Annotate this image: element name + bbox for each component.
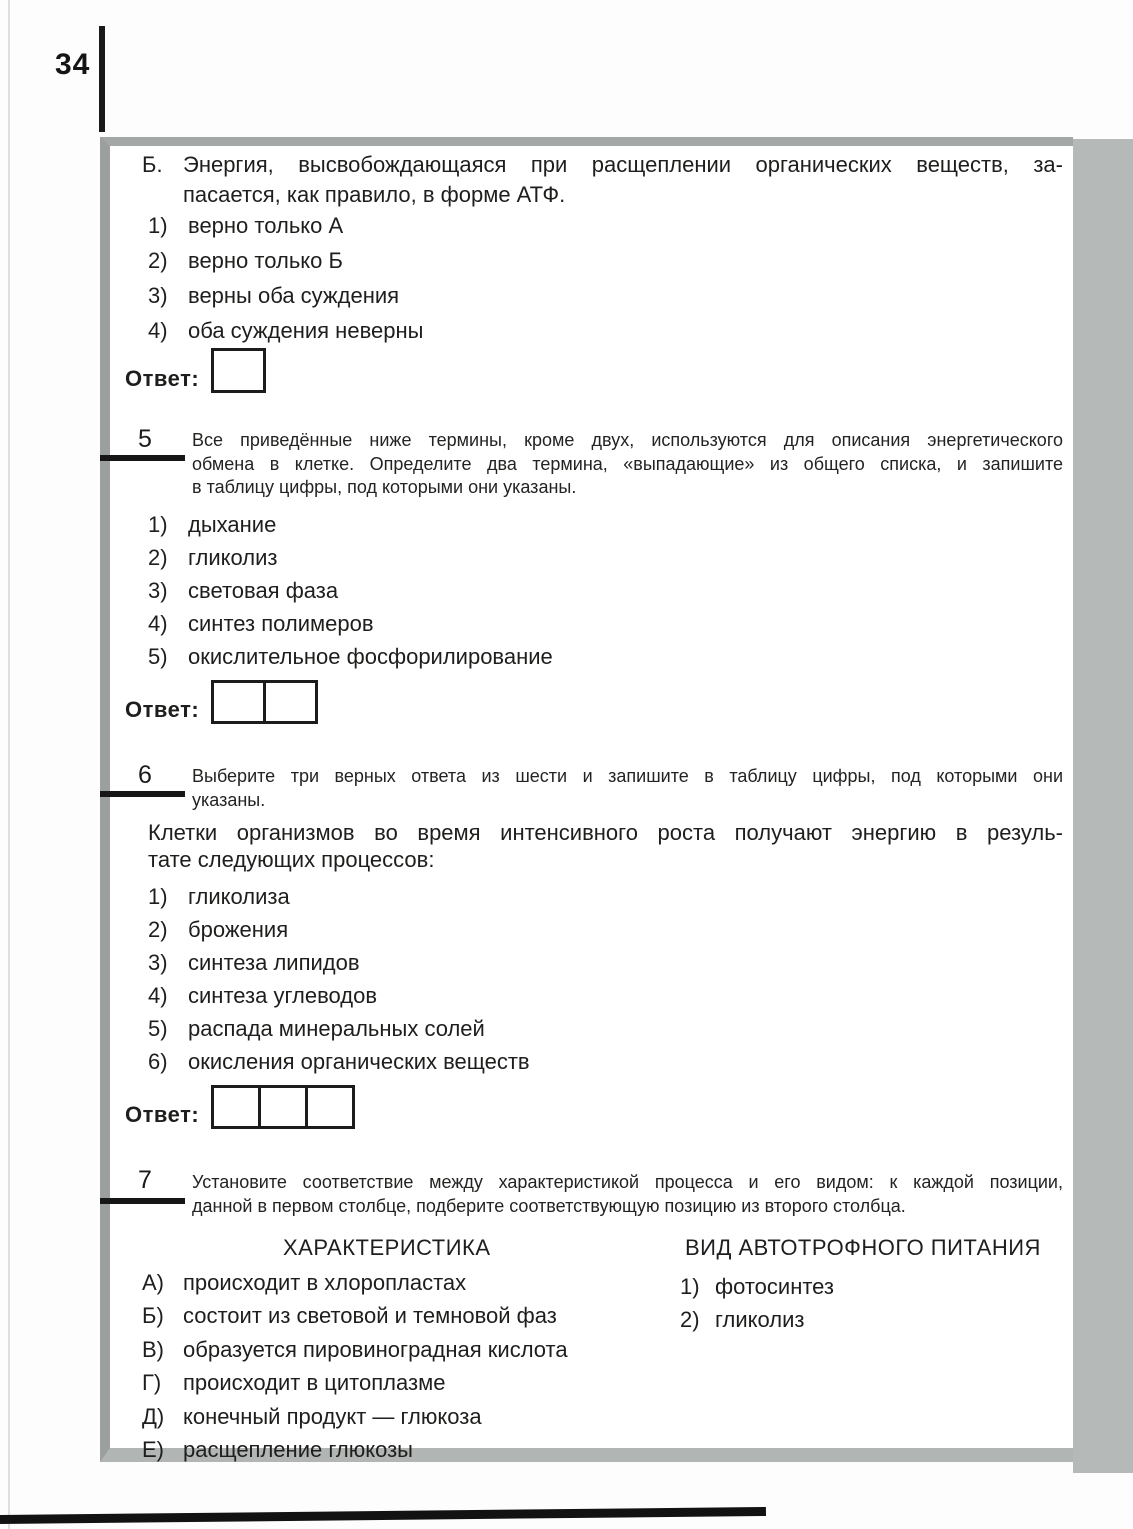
option-number: 4) <box>148 979 188 1012</box>
instruction-line: Выберите три верных ответа из шести и за… <box>192 765 1063 789</box>
option-row: 2)верно только Б <box>148 243 423 278</box>
option-label: дыхание <box>188 512 276 537</box>
option-number: 2) <box>148 243 188 278</box>
instruction-line: в таблицу цифры, под которыми они указан… <box>192 476 1063 500</box>
match-item: В)образуется пировиноградная кислота <box>142 1333 568 1366</box>
page-number: 34 <box>55 48 90 82</box>
worksheet-box: Б. Энергия, высвобождающаяся при расщепл… <box>100 137 1073 1462</box>
option-row: 3)синтеза липидов <box>148 946 530 979</box>
option-number: 1) <box>148 508 188 541</box>
answer-label: Ответ: <box>125 697 199 723</box>
question-underline <box>100 791 185 797</box>
option-label: гликолиз <box>188 545 278 570</box>
answer-cell[interactable] <box>211 348 266 393</box>
answer-row-q5: Ответ: <box>125 680 318 724</box>
option-number: 3) <box>148 946 188 979</box>
match-item-text: образуется пировиноградная кислота <box>183 1337 568 1362</box>
option-number: 2) <box>148 913 188 946</box>
match-item-label: Д) <box>142 1400 183 1433</box>
answer-label: Ответ: <box>125 1102 199 1128</box>
question-number-6: 6 <box>138 761 152 790</box>
option-label: синтеза углеводов <box>188 983 377 1008</box>
answer-boxes <box>211 1085 355 1129</box>
option-row: 2)брожения <box>148 913 530 946</box>
question-underline <box>100 455 185 461</box>
match-item-label: Е) <box>142 1433 183 1466</box>
option-number: 3) <box>148 278 188 313</box>
option-number: 2) <box>148 541 188 574</box>
option-number: 1) <box>148 208 188 243</box>
option-label: оба суждения неверны <box>188 318 423 343</box>
option-row: 1)верно только А <box>148 208 423 243</box>
instruction-text-q6: Выберите три верных ответа из шести и за… <box>192 765 1063 812</box>
match-item-text: расщепление глюкозы <box>183 1437 413 1462</box>
answer-cell[interactable] <box>263 680 318 724</box>
option-row: 4)синтеза углеводов <box>148 979 530 1012</box>
match-item-text: происходит в хлоропластах <box>183 1270 466 1295</box>
match-item-text: гликолиз <box>715 1307 805 1332</box>
question-number-5: 5 <box>138 425 152 454</box>
option-row: 3)световая фаза <box>148 574 553 607</box>
option-number: 1) <box>148 880 188 913</box>
option-row: 3)верны оба суждения <box>148 278 423 313</box>
column-header-right: ВИД АВТОТРОФНОГО ПИТАНИЯ <box>685 1235 1041 1261</box>
answer-row-prev: Ответ: <box>125 348 266 393</box>
instruction-line: данной в первом столбце, подберите соотв… <box>192 1194 1063 1218</box>
option-label: брожения <box>188 917 288 942</box>
match-right-column: 1)фотосинтез 2)гликолиз <box>680 1270 834 1336</box>
instruction-line: обмена в клетке. Определите два термина,… <box>192 453 1063 477</box>
match-item-label: В) <box>142 1333 183 1366</box>
match-item-text: конечный продукт — глюкоза <box>183 1404 482 1429</box>
option-label: синтез полимеров <box>188 611 374 636</box>
match-item-label: Б) <box>142 1299 183 1332</box>
match-item: Е)расщепление глюкозы <box>142 1433 568 1466</box>
margin-rule <box>99 26 105 132</box>
instruction-line: Установите соответствие между характерис… <box>192 1170 1063 1194</box>
option-label: верны оба суждения <box>188 283 399 308</box>
match-item: Г)происходит в цитоплазме <box>142 1366 568 1399</box>
option-row: 6)окисления органических веществ <box>148 1045 530 1078</box>
answer-label: Ответ: <box>125 366 199 392</box>
match-item-label: Г) <box>142 1366 183 1399</box>
instruction-text-q5: Все приведённые ниже термины, кроме двух… <box>192 429 1063 500</box>
option-number: 4) <box>148 607 188 640</box>
answer-cell[interactable] <box>258 1085 308 1129</box>
options-list-prev: 1)верно только А 2)верно только Б 3)верн… <box>148 208 423 348</box>
bottom-bar <box>0 1507 766 1524</box>
option-number: 4) <box>148 313 188 348</box>
statement-line: пасается, как правило, в форме АТФ. <box>183 180 1063 210</box>
options-list-q5: 1)дыхание 2)гликолиз 3)световая фаза 4)с… <box>148 508 553 673</box>
option-label: верно только Б <box>188 248 343 273</box>
answer-boxes <box>211 348 266 393</box>
body-paragraph-q6: Клетки организмов во время интенсивного … <box>148 820 1063 873</box>
option-row: 5)распада минеральных солей <box>148 1012 530 1045</box>
match-item: Д)конечный продукт — глюкоза <box>142 1400 568 1433</box>
option-row: 4)оба суждения неверны <box>148 313 423 348</box>
answer-boxes <box>211 680 318 724</box>
match-item: 1)фотосинтез <box>680 1270 834 1303</box>
instruction-line: указаны. <box>192 789 1063 813</box>
match-left-column: А)происходит в хлоропластах Б)состоит из… <box>142 1266 568 1466</box>
option-label: окисления органических веществ <box>188 1049 530 1074</box>
statement-label: Б. <box>142 150 183 210</box>
option-row: 2)гликолиз <box>148 541 553 574</box>
answer-cell[interactable] <box>305 1085 355 1129</box>
option-row: 4)синтез полимеров <box>148 607 553 640</box>
instruction-line: Все приведённые ниже термины, кроме двух… <box>192 429 1063 453</box>
paragraph-line: Клетки организмов во время интенсивного … <box>148 820 1063 847</box>
instruction-text-q7: Установите соответствие между характерис… <box>192 1170 1063 1218</box>
question-underline <box>100 1198 185 1204</box>
answer-cell[interactable] <box>211 1085 261 1129</box>
options-list-q6: 1)гликолиза 2)брожения 3)синтеза липидов… <box>148 880 530 1078</box>
column-header-left: ХАРАКТЕРИСТИКА <box>283 1235 491 1261</box>
option-label: световая фаза <box>188 578 338 603</box>
match-item: 2)гликолиз <box>680 1303 834 1336</box>
match-item-label: 1) <box>680 1270 715 1303</box>
paragraph-line: тате следующих процессов: <box>148 847 1063 874</box>
option-row: 1)гликолиза <box>148 880 530 913</box>
option-label: распада минеральных солей <box>188 1016 485 1041</box>
question-number-7: 7 <box>138 1166 152 1195</box>
option-number: 5) <box>148 640 188 673</box>
match-item-label: 2) <box>680 1303 715 1336</box>
statement-b: Б. Энергия, высвобождающаяся при расщепл… <box>142 150 1063 210</box>
answer-cell[interactable] <box>211 680 266 724</box>
option-number: 5) <box>148 1012 188 1045</box>
option-number: 6) <box>148 1045 188 1078</box>
match-item: А)происходит в хлоропластах <box>142 1266 568 1299</box>
answer-row-q6: Ответ: <box>125 1085 355 1129</box>
statement-line: Энергия, высвобождающаяся при расщеплени… <box>183 150 1063 180</box>
match-item-text: состоит из световой и темновой фаз <box>183 1303 557 1328</box>
option-label: синтеза липидов <box>188 950 360 975</box>
match-item-text: происходит в цитоплазме <box>183 1370 445 1395</box>
scan-gutter-band <box>1073 139 1133 1473</box>
option-number: 3) <box>148 574 188 607</box>
page-edge-line <box>8 0 10 1529</box>
option-label: окислительное фосфорилирование <box>188 644 553 669</box>
match-item-text: фотосинтез <box>715 1274 834 1299</box>
match-item: Б)состоит из световой и темновой фаз <box>142 1299 568 1332</box>
option-row: 5)окислительное фосфорилирование <box>148 640 553 673</box>
option-row: 1)дыхание <box>148 508 553 541</box>
match-item-label: А) <box>142 1266 183 1299</box>
option-label: верно только А <box>188 213 343 238</box>
option-label: гликолиза <box>188 884 290 909</box>
